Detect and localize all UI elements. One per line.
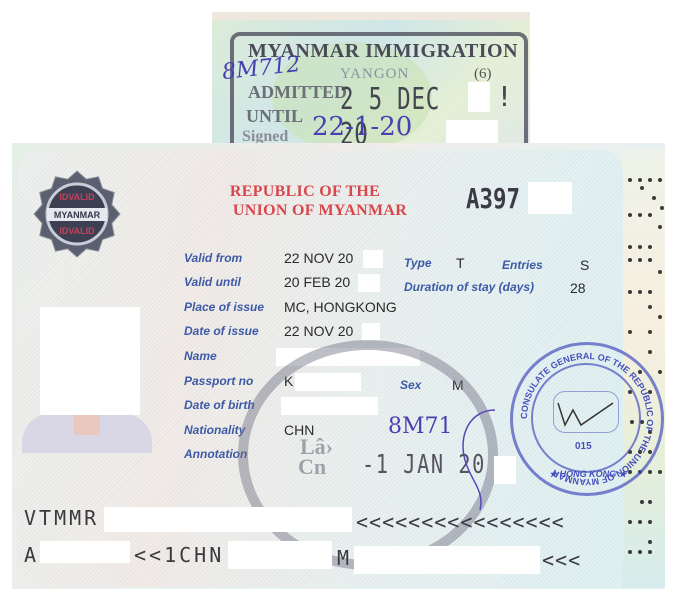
- perforation-dot: [638, 290, 642, 294]
- perforation-dot: [638, 213, 642, 217]
- perforation-dot: [628, 245, 632, 249]
- visa-number: A397: [466, 182, 520, 215]
- perforation-dot: [640, 186, 644, 190]
- perforation-dot: [648, 330, 652, 334]
- perforation-dot: [648, 213, 652, 217]
- field-label: Valid from: [184, 251, 242, 265]
- field-value: MC, HONGKONG: [284, 299, 397, 315]
- departure-stamp-text: Cn: [298, 454, 326, 480]
- hologram-seal-icon: IDVALID IDVALID MYANMAR: [33, 170, 121, 258]
- perforation-dot: [648, 178, 652, 182]
- svg-text:MYANMAR: MYANMAR: [54, 210, 101, 220]
- arrival-stamp-location: YANGON: [340, 66, 409, 83]
- mrz-line1-prefix: VTMMR: [24, 506, 99, 530]
- field-value: 22 NOV 20: [284, 250, 353, 266]
- perforation-dot: [658, 270, 662, 274]
- perforation-dot: [648, 245, 652, 249]
- redaction-box: [228, 541, 332, 569]
- perforation-dot: [628, 330, 632, 334]
- mrz-line2-sex: M: [337, 546, 352, 570]
- perforation-dot: [658, 315, 662, 319]
- redaction-box: [363, 250, 383, 268]
- redaction-box: [468, 82, 490, 112]
- svg-text:IDVALID: IDVALID: [59, 226, 95, 236]
- redaction-box: [362, 323, 380, 341]
- perforation-dot: [628, 178, 632, 182]
- field-label: Place of issue: [184, 300, 264, 314]
- field-value: 20 FEB 20: [284, 274, 350, 290]
- perforation-dot: [648, 500, 652, 504]
- perforation-dot: [628, 550, 632, 554]
- arrival-stamp-counter: (6): [474, 66, 492, 83]
- mrz-line1-fillers: <<<<<<<<<<<<<<<<: [356, 510, 565, 534]
- perforation-dot: [628, 520, 632, 524]
- perforation-dot: [648, 550, 652, 554]
- mrz-line2-end: <<<: [542, 548, 581, 572]
- redaction-box: [40, 307, 140, 415]
- field-label: Date of issue: [184, 324, 259, 338]
- field-value: 22 NOV 20: [284, 323, 353, 339]
- perforation-dot: [638, 245, 642, 249]
- perforation-dot: [648, 520, 652, 524]
- redaction-box: [40, 541, 130, 563]
- perforation-dot: [638, 258, 642, 262]
- field-label: Valid until: [184, 275, 241, 289]
- redaction-box: [104, 507, 352, 532]
- type-value: T: [456, 255, 465, 271]
- handwritten-until-date: 22-1-20: [312, 112, 412, 142]
- stamp-mark: !: [496, 80, 513, 113]
- consulate-seal-number: 015: [575, 441, 592, 452]
- field-label: Date of birth: [184, 398, 255, 412]
- perforation-dot: [658, 178, 662, 182]
- duration-value: 28: [570, 280, 586, 296]
- perforation-dot: [628, 213, 632, 217]
- visa-header-line2: UNION OF MYANMAR: [205, 202, 435, 220]
- perforation-dot: [648, 305, 652, 309]
- mrz-line2-start: A: [24, 543, 39, 567]
- field-label: Name: [184, 349, 217, 363]
- perforation-dot: [658, 225, 662, 229]
- perforation-dot: [628, 290, 632, 294]
- perforation-dot: [638, 550, 642, 554]
- perforation-dot: [648, 258, 652, 262]
- redaction-box: [354, 546, 540, 574]
- perforation-dot: [640, 500, 644, 504]
- redaction-box: [528, 182, 572, 214]
- redaction-box: [358, 274, 380, 292]
- type-label: Type: [404, 256, 432, 270]
- duration-label: Duration of stay (days): [404, 280, 534, 294]
- consulate-seal-city: ★ HONG KONG ★: [549, 469, 627, 480]
- svg-text:IDVALID: IDVALID: [59, 192, 95, 202]
- field-label: Passport no: [184, 374, 253, 388]
- field-label: Nationality: [184, 423, 245, 437]
- perforation-dot: [660, 206, 664, 210]
- perforation-dot: [638, 520, 642, 524]
- consulate-signature-icon: [553, 395, 623, 440]
- entries-label: Entries: [502, 258, 543, 272]
- holder-photo: [22, 305, 152, 453]
- perforation-dot: [648, 540, 652, 544]
- perforation-dot: [628, 258, 632, 262]
- visa-header-line1: REPUBLIC OF THE: [205, 183, 405, 201]
- consulate-seal: CONSULATE GENERAL OF THE REPUBLIC OF THE…: [510, 342, 664, 496]
- until-label: UNTIL: [246, 106, 303, 127]
- perforation-dot: [648, 290, 652, 294]
- entries-value: S: [580, 257, 589, 273]
- perforation-dot: [652, 196, 656, 200]
- admitted-label: ADMITTED: [248, 82, 347, 103]
- perforation-dot: [638, 178, 642, 182]
- mrz-line2-middle: <<1CHN: [134, 543, 224, 567]
